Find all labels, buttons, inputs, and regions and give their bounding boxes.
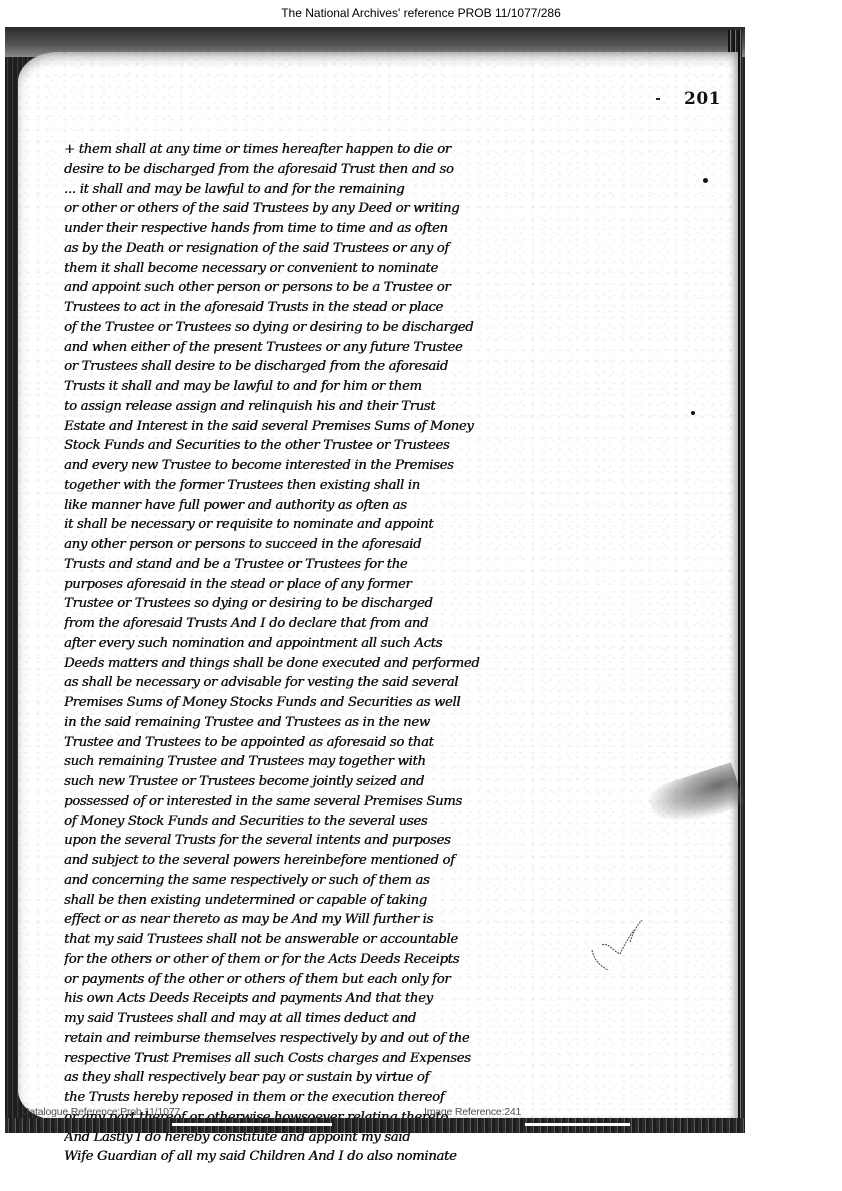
manuscript-line: effect or as near thereto as may be And …	[64, 910, 584, 930]
manuscript-line: shall be then existing undetermined or c…	[64, 891, 584, 911]
manuscript-line: such remaining Trustee and Trustees may …	[64, 752, 584, 772]
manuscript-line: them it shall become necessary or conven…	[64, 259, 584, 279]
pencil-annotation	[590, 890, 670, 970]
catalogue-reference: Catalogue Reference:Prob 11/1077	[22, 1106, 180, 1118]
manuscript-line: and every new Trustee to become interest…	[64, 456, 584, 476]
manuscript-line: Trusts it shall and may be lawful to and…	[64, 377, 584, 397]
manuscript-line: to assign release assign and relinquish …	[64, 397, 584, 417]
manuscript-line: Estate and Interest in the said several …	[64, 417, 584, 437]
archive-reference-header: The National Archives' reference PROB 11…	[0, 6, 842, 20]
manuscript-line: respective Trust Premises all such Costs…	[64, 1049, 584, 1069]
manuscript-line: and appoint such other person or persons…	[64, 278, 584, 298]
scan-bottom-gap	[172, 1123, 332, 1126]
manuscript-line: or payments of the other or others of th…	[64, 970, 584, 990]
manuscript-line: Trusts and stand and be a Trustee or Tru…	[64, 555, 584, 575]
manuscript-line: together with the former Trustees then e…	[64, 476, 584, 496]
scan-bottom-gap	[525, 1123, 630, 1126]
folio-mark	[656, 98, 660, 100]
manuscript-line: possessed of or interested in the same s…	[64, 792, 584, 812]
margin-ink-dot	[703, 178, 708, 183]
manuscript-line: + them shall at any time or times hereaf…	[64, 140, 584, 160]
manuscript-line: after every such nomination and appointm…	[64, 634, 584, 654]
manuscript-line: my said Trustees shall and may at all ti…	[64, 1009, 584, 1029]
manuscript-line: the Trusts hereby reposed in them or the…	[64, 1088, 584, 1108]
manuscript-line: as they shall respectively bear pay or s…	[64, 1068, 584, 1088]
manuscript-line: Deeds matters and things shall be done e…	[64, 654, 584, 674]
manuscript-line: like manner have full power and authorit…	[64, 496, 584, 516]
manuscript-line: upon the several Trusts for the several …	[64, 831, 584, 851]
manuscript-line: of the Trustee or Trustees so dying or d…	[64, 318, 584, 338]
manuscript-line: under their respective hands from time t…	[64, 219, 584, 239]
manuscript-line: and subject to the several powers herein…	[64, 851, 584, 871]
manuscript-line: or Trustees shall desire to be discharge…	[64, 357, 584, 377]
manuscript-line: ... it shall and may be lawful to and fo…	[64, 180, 584, 200]
manuscript-line: and when either of the present Trustees …	[64, 338, 584, 358]
margin-ink-dot	[691, 411, 695, 415]
manuscript-line: Stock Funds and Securities to the other …	[64, 436, 584, 456]
manuscript-line: Premises Sums of Money Stocks Funds and …	[64, 693, 584, 713]
manuscript-line: of Money Stock Funds and Securities to t…	[64, 812, 584, 832]
manuscript-line: for the others or other of them or for t…	[64, 950, 584, 970]
manuscript-line: that my said Trustees shall not be answe…	[64, 930, 584, 950]
manuscript-line: retain and reimburse themselves respecti…	[64, 1029, 584, 1049]
manuscript-line: Trustee and Trustees to be appointed as …	[64, 733, 584, 753]
manuscript-line: such new Trustee or Trustees become join…	[64, 772, 584, 792]
manuscript-line: from the aforesaid Trusts And I do decla…	[64, 614, 584, 634]
manuscript-line: in the said remaining Trustee and Truste…	[64, 713, 584, 733]
image-reference: Image Reference:241	[424, 1106, 521, 1118]
folio-number: 201	[684, 89, 721, 109]
manuscript-line: as by the Death or resignation of the sa…	[64, 239, 584, 259]
manuscript-line: Trustees to act in the aforesaid Trusts …	[64, 298, 584, 318]
manuscript-line: any other person or persons to succeed i…	[64, 535, 584, 555]
manuscript-line: as shall be necessary or advisable for v…	[64, 673, 584, 693]
manuscript-line: and concerning the same respectively or …	[64, 871, 584, 891]
manuscript-line: desire to be discharged from the aforesa…	[64, 160, 584, 180]
manuscript-line: Trustee or Trustees so dying or desiring…	[64, 594, 584, 614]
manuscript-text: + them shall at any time or times hereaf…	[64, 140, 584, 1167]
manuscript-line: his own Acts Deeds Receipts and payments…	[64, 989, 584, 1009]
manuscript-line: or other or others of the said Trustees …	[64, 199, 584, 219]
manuscript-line: Wife Guardian of all my said Children An…	[64, 1147, 584, 1167]
manuscript-line: it shall be necessary or requisite to no…	[64, 515, 584, 535]
scan-bottom-edge	[5, 1118, 745, 1133]
manuscript-line: purposes aforesaid in the stead or place…	[64, 575, 584, 595]
